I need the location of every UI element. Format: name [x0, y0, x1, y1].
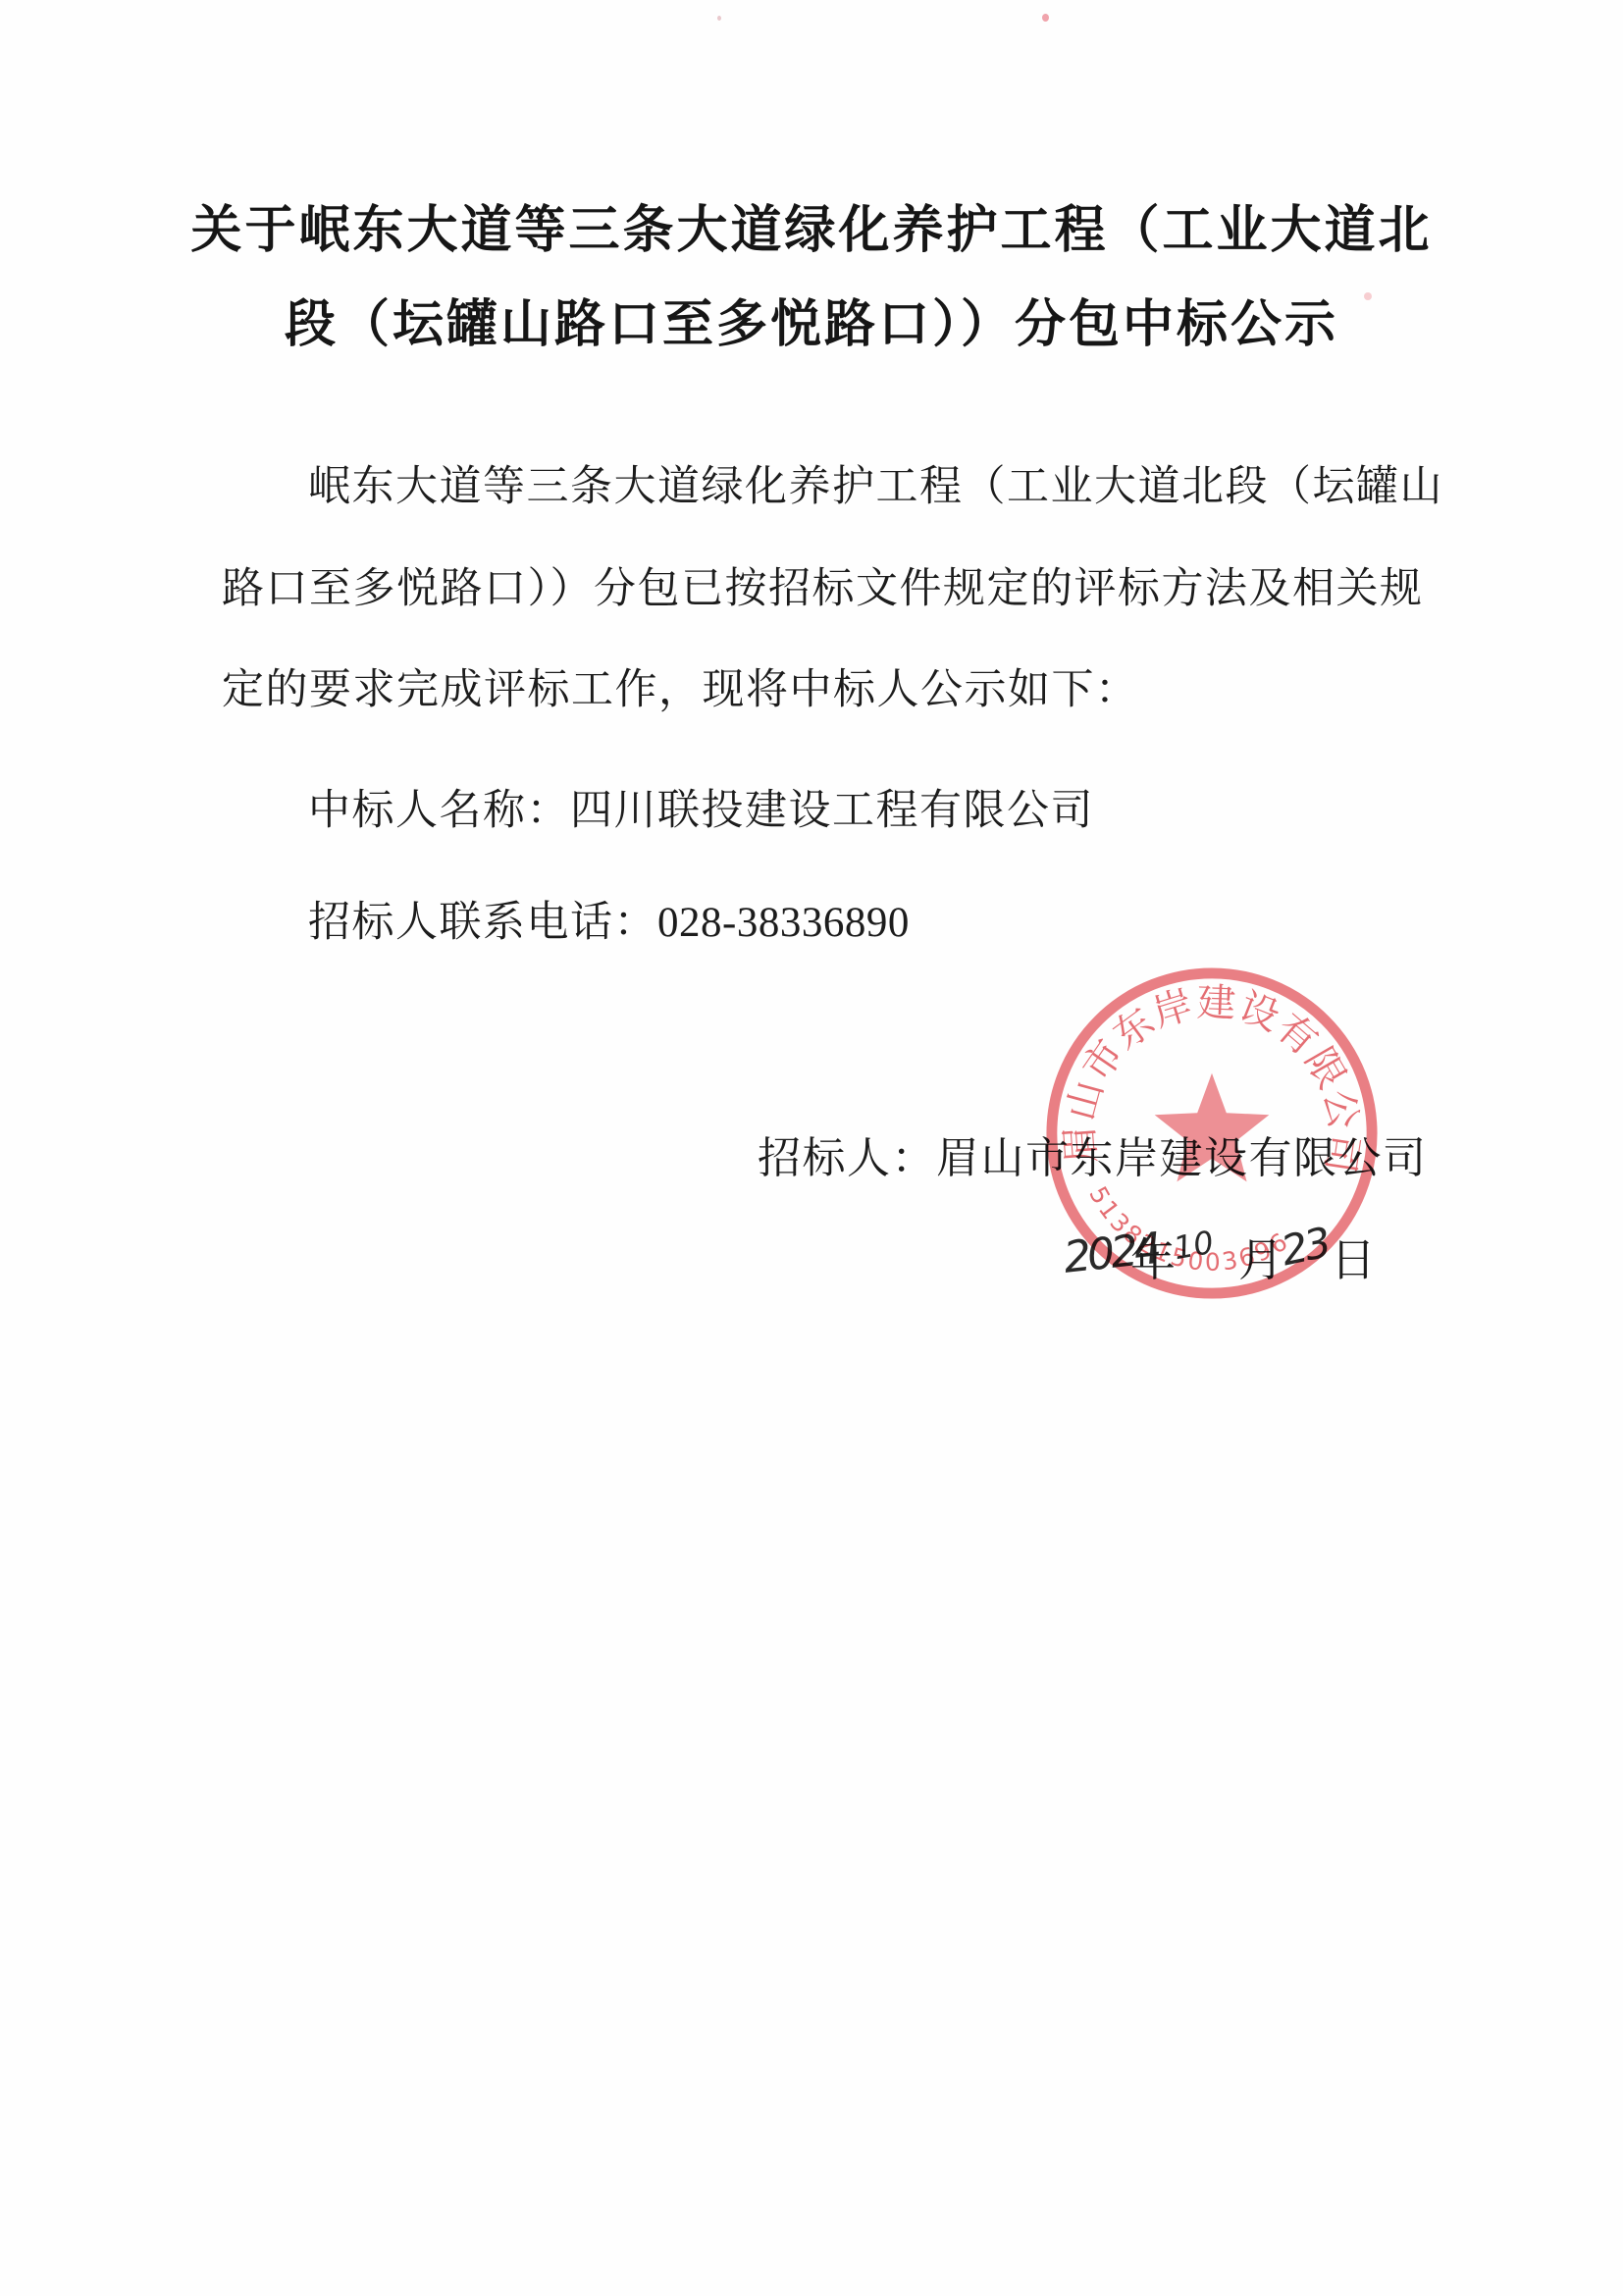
month-unit: 月	[1238, 1225, 1283, 1289]
phone-label: 招标人联系电话：	[308, 900, 657, 946]
paragraph-line-1: 岷东大道等三条大道绿化养护工程（工业大道北段（坛罐山	[222, 461, 1495, 514]
winner-label: 中标人名称：	[308, 788, 570, 834]
title-line-2: 段（坛罐山路口至多悦路口））分包中标公示	[0, 279, 1623, 373]
ink-speck-2	[717, 16, 721, 21]
phone-number: 028-38336890	[657, 900, 910, 946]
ink-speck-1	[1042, 14, 1049, 22]
document-page: 关于岷东大道等三条大道绿化养护工程（工业大道北 段（坛罐山路口至多悦路口））分包…	[0, 0, 1623, 2296]
tenderer-label: 招标人：	[758, 1134, 936, 1182]
ink-speck-3	[1364, 292, 1372, 300]
handwritten-month: 10	[1171, 1224, 1217, 1267]
paragraph-line-2: 路口至多悦路口））分包已按招标文件规定的评标方法及相关规	[222, 563, 1409, 616]
tenderer-line: 招标人：眉山市东岸建设有限公司	[758, 1122, 1428, 1185]
phone-line: 招标人联系电话：028-38336890	[222, 897, 1495, 950]
year-unit: 年	[1130, 1225, 1176, 1289]
winner-line: 中标人名称：四川联投建设工程有限公司	[222, 785, 1495, 838]
handwritten-day: 23	[1277, 1219, 1333, 1276]
title-line-1: 关于岷东大道等三条大道绿化养护工程（工业大道北	[0, 184, 1623, 279]
paragraph-line-3: 定的要求完成评标工作，现将中标人公示如下：	[222, 664, 1409, 717]
date-line: 2024 年 10 月 23 日	[1040, 1213, 1452, 1321]
document-title: 关于岷东大道等三条大道绿化养护工程（工业大道北 段（坛罐山路口至多悦路口））分包…	[0, 184, 1623, 373]
winner-name: 四川联投建设工程有限公司	[570, 788, 1094, 834]
tenderer-name: 眉山市东岸建设有限公司	[936, 1134, 1428, 1182]
day-unit: 日	[1331, 1225, 1376, 1289]
